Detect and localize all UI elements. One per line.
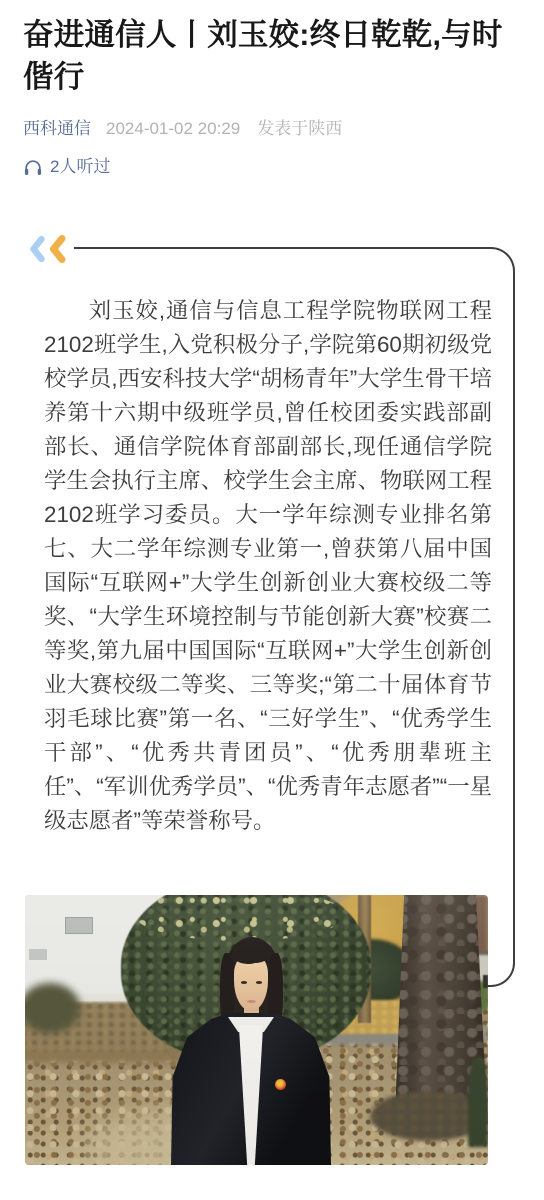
article-paragraph: 刘玉姣,通信与信息工程学院物联网工程2102班学生,入党积极分子,学院第60期初… <box>44 294 492 838</box>
chevron-left-amber-icon <box>48 234 66 264</box>
publish-date: 2024-01-02 20:29 <box>106 118 240 140</box>
photo-light-overlay <box>25 895 488 1165</box>
listen-count-label: 2人听过 <box>50 156 110 178</box>
meta-row: 西科通信 2024-01-02 20:29 发表于陕西 <box>23 118 515 140</box>
article-title: 奋进通信人丨刘玉姣:终日乾乾,与时偕行 <box>23 14 515 98</box>
account-name-link[interactable]: 西科通信 <box>23 118 91 140</box>
quote-frame: 刘玉姣,通信与信息工程学院物联网工程2102班学生,入党积极分子,学院第60期初… <box>28 247 515 987</box>
chevron-left-blue-icon <box>28 235 45 263</box>
publish-location: 发表于陕西 <box>257 118 342 140</box>
article-photo[interactable] <box>25 895 488 1165</box>
headphones-icon <box>23 158 43 177</box>
article-page: 奋进通信人丨刘玉姣:终日乾乾,与时偕行 西科通信 2024-01-02 20:2… <box>0 0 544 1165</box>
listen-audio-button[interactable]: 2人听过 <box>23 156 110 178</box>
double-chevron-left-icon <box>28 233 74 265</box>
